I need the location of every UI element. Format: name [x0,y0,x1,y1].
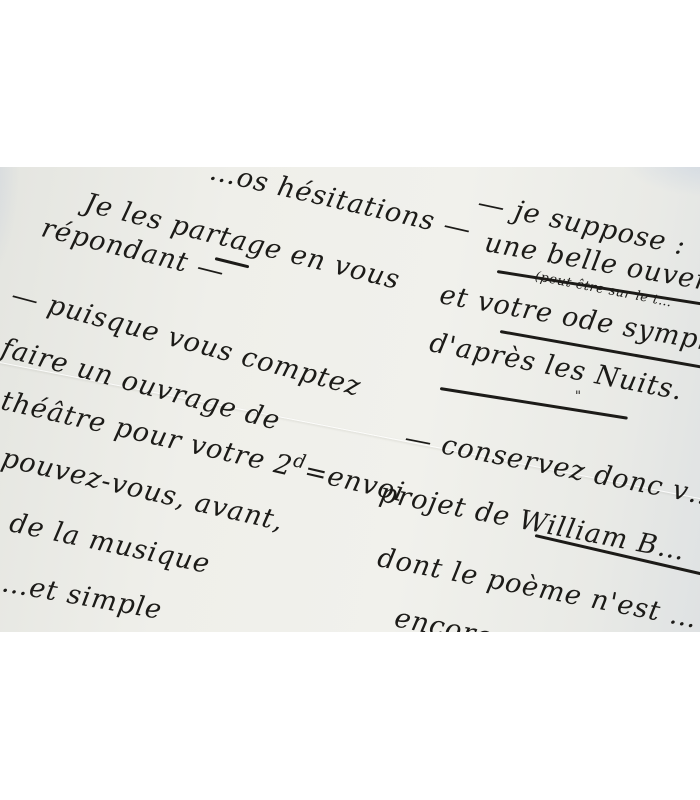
underline-stroke [440,387,628,420]
ditto-mark: " [575,389,581,404]
handwritten-line: de la musique [7,507,213,580]
letter-photograph: …os hésitations — Je les partage en vous… [0,167,700,632]
page-canvas: …os hésitations — Je les partage en vous… [0,0,700,800]
handwritten-line: …et simple [0,567,165,626]
handwritten-line: encore … [392,602,533,632]
